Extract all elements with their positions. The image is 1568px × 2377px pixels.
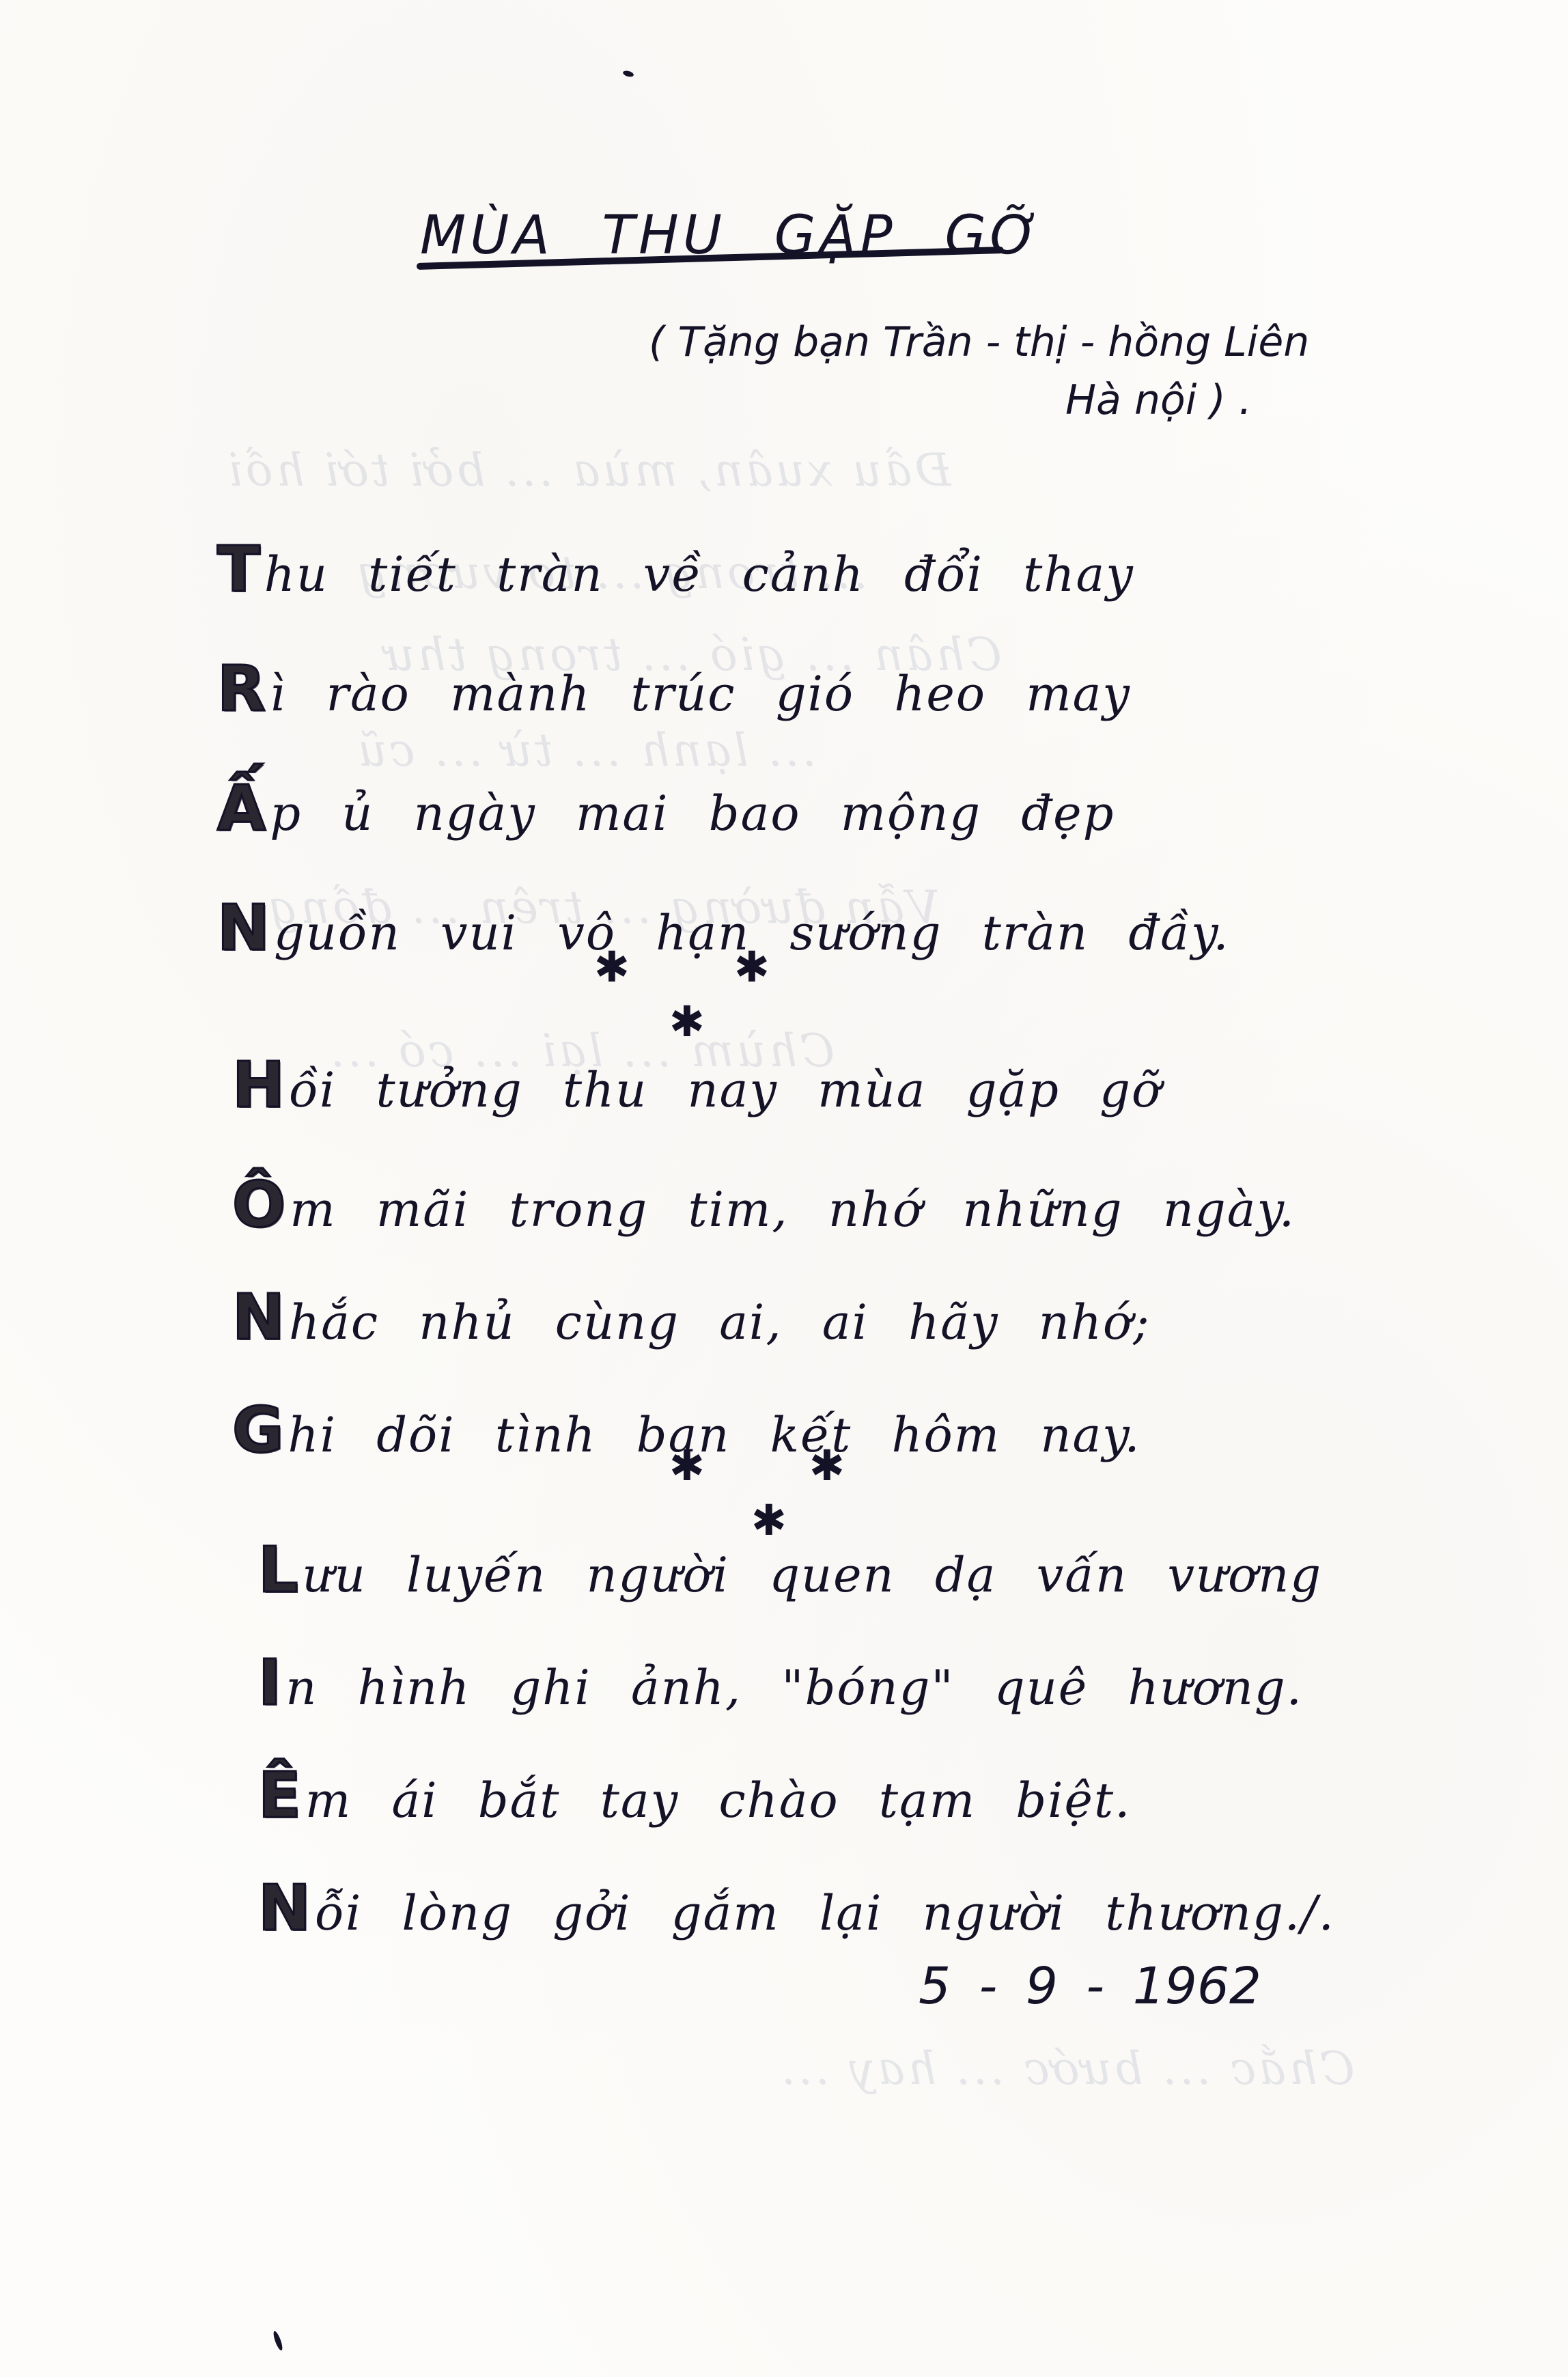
acrostic-initial: I — [258, 1646, 281, 1719]
verse-text: ì rào mành trúc gió heo may — [270, 666, 1131, 722]
acrostic-initial: N — [232, 1281, 285, 1354]
stanza-1: T hu tiết tràn về cảnh đổi thay R ì rào … — [217, 533, 1230, 1011]
verse-text: ồi tưởng thu nay mùa gặp gỡ — [289, 1062, 1162, 1118]
acrostic-initial: L — [258, 1533, 298, 1607]
ink-mark — [622, 70, 634, 78]
acrostic-initial: H — [232, 1048, 285, 1122]
verse-line: I n hình ghi ảnh, "bóng" quê hương. — [258, 1646, 1335, 1759]
acrostic-initial: N — [217, 891, 270, 964]
acrostic-initial: Ê — [258, 1759, 301, 1832]
verse-line: Ê m ái bắt tay chào tạm biệt. — [258, 1759, 1335, 1872]
stanza-2: H ồi tưởng thu nay mùa gặp gỡ Ô m mãi tr… — [232, 1048, 1296, 1513]
acrostic-initial: N — [258, 1872, 311, 1945]
verse-line: N hắc nhủ cùng ai, ai hãy nhớ; — [232, 1281, 1296, 1393]
asterisk-icon: ✱ — [669, 1445, 705, 1487]
ink-mark — [272, 2331, 284, 2352]
acrostic-initial: G — [232, 1393, 284, 1466]
acrostic-initial: Ô — [232, 1168, 285, 1241]
dedication-line-1: ( Tặng bạn Trần - thị - hồng Liên — [649, 318, 1309, 366]
dedication: ( Tặng bạn Trần - thị - hồng Liên Hà nội… — [649, 321, 1309, 422]
stanza-3: L ưu luyến người quen dạ vấn vương I n h… — [258, 1533, 1335, 1991]
verse-line: R ì rào mành trúc gió heo may — [217, 652, 1230, 772]
bleed-through-text: Đầu xuân, mùa ... bởi tới hồi — [225, 444, 951, 497]
verse-text: hu tiết tràn về cảnh đổi thay — [264, 546, 1134, 602]
verse-line: Ô m mãi trong tim, nhớ những ngày. — [232, 1168, 1296, 1281]
verse-text: ỗi lòng gởi gắm lại người thương./. — [315, 1885, 1335, 1941]
asterisk-icon: ✱ — [734, 946, 770, 988]
verse-line: L ưu luyến người quen dạ vấn vương — [258, 1533, 1335, 1646]
acrostic-initial: T — [217, 533, 260, 606]
bleed-through-text: Chắc ... bước ... hay ... — [779, 2042, 1355, 2095]
poem-date: 5 - 9 - 1962 — [919, 1957, 1261, 2016]
verse-text: m ái bắt tay chào tạm biệt. — [305, 1773, 1132, 1829]
acrostic-initial: R — [217, 652, 266, 725]
verse-text: m mãi trong tim, nhớ những ngày. — [290, 1182, 1296, 1238]
dedication-line-2: Hà nội ) . — [1065, 379, 1309, 422]
asterisk-icon: ✱ — [594, 946, 630, 988]
verse-text: ưu luyến người quen dạ vấn vương — [303, 1547, 1322, 1603]
asterisk-icon: ✱ — [669, 1001, 705, 1043]
verse-text: p ủ ngày mai bao mộng đẹp — [270, 786, 1115, 842]
verse-text: n hình ghi ảnh, "bóng" quê hương. — [285, 1660, 1303, 1716]
verse-line: Ấ p ủ ngày mai bao mộng đẹp — [217, 772, 1230, 891]
acrostic-initial: Ấ — [217, 772, 266, 845]
stanza-separator: ✱ ✱ ✱ — [669, 1445, 847, 1533]
verse-text: hắc nhủ cùng ai, ai hãy nhớ; — [289, 1294, 1151, 1350]
verse-line: H ồi tưởng thu nay mùa gặp gỡ — [232, 1048, 1296, 1168]
verse-line: T hu tiết tràn về cảnh đổi thay — [217, 533, 1230, 652]
paper-page: Đầu xuân, mùa ... bởi tới hồi ... trong … — [0, 0, 1568, 2377]
asterisk-icon: ✱ — [809, 1445, 845, 1487]
stanza-separator: ✱ ✱ ✱ — [594, 946, 772, 1035]
